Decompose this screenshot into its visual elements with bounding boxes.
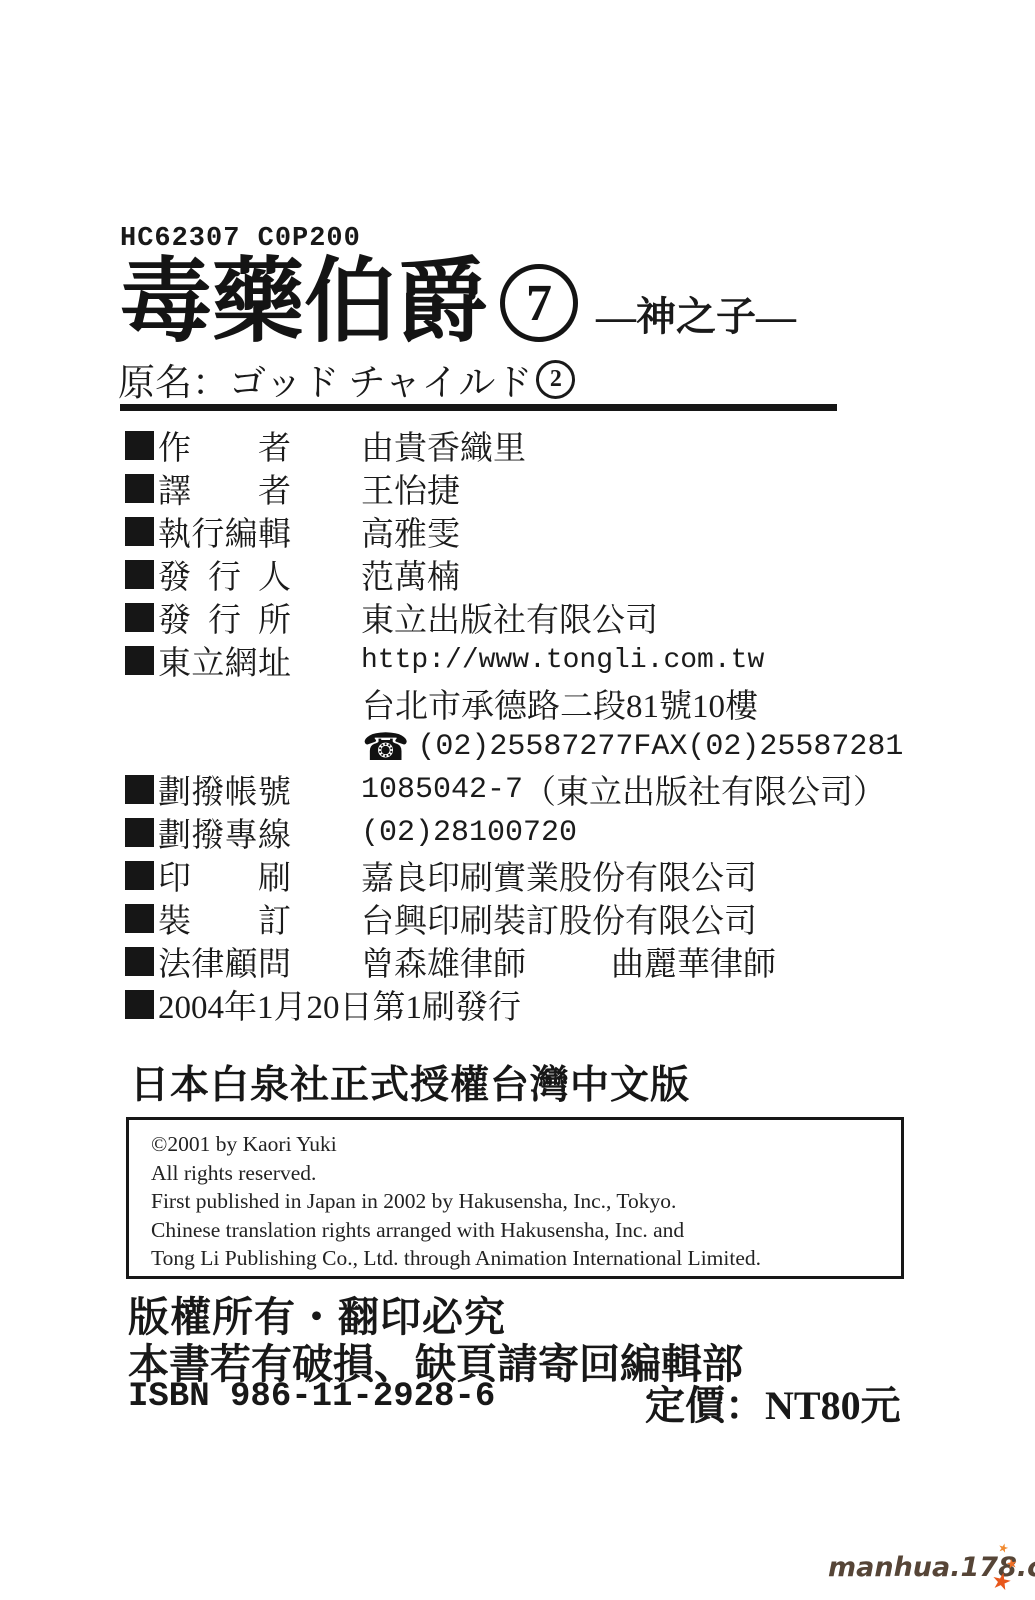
info-value: 由貴香織里 [361, 422, 526, 469]
book-title: 毒藥伯爵 [120, 256, 488, 348]
info-row-postal-hotline: 劃撥專線 (02)28100720 [125, 811, 1005, 854]
info-label: 東立網址 [158, 637, 291, 684]
telephone-icon: ☎ [362, 728, 409, 766]
product-code: HC62307 C0P200 [120, 224, 361, 254]
bullet-square-icon [125, 861, 154, 890]
info-row-printing: 印刷 嘉良印刷實業股份有限公司 [125, 854, 1005, 897]
info-row-publisher: 發行人 范萬楠 [125, 553, 1005, 596]
volume-number: 7 [526, 274, 552, 333]
info-row-address: 台北市承德路二段81號10樓 [125, 682, 1005, 725]
license-statement: 日本白泉社正式授權台灣中文版 [130, 1054, 690, 1110]
volume-circle-badge: 7 [500, 264, 578, 342]
info-row-phone-fax: ☎ (02)25587277 FAX(02)25587281 [125, 725, 1005, 768]
website-url: http://www.tongli.com.tw [361, 645, 764, 676]
publication-info-list: 作者 由貴香織里 譯者 王怡捷 執行編輯 高雅雯 發行人 范萬楠 發行所 東立出… [125, 424, 1005, 1026]
bullet-square-icon [125, 646, 154, 675]
info-label: 印刷 [158, 852, 291, 899]
bullet-square-icon [125, 517, 154, 546]
info-row-translator: 譯者 王怡捷 [125, 467, 1005, 510]
info-value: 台興印刷裝訂股份有限公司 [361, 895, 757, 942]
bullet-square-icon [125, 603, 154, 632]
publisher-address: 台北市承德路二段81號10樓 [362, 680, 758, 727]
copyright-line: All rights reserved. [151, 1159, 893, 1188]
info-label: 發行人 [158, 551, 291, 598]
price: 定價：NT80元 [645, 1374, 901, 1431]
copyright-box: ©2001 by Kaori Yuki All rights reserved.… [126, 1117, 904, 1279]
book-subtitle: —神之子— [596, 285, 796, 348]
original-volume-number: 2 [550, 366, 562, 393]
star-icon: ★ [989, 1569, 1014, 1596]
bullet-square-icon [125, 818, 154, 847]
horizontal-rule [120, 404, 837, 411]
info-label: 劃撥帳號 [158, 766, 291, 813]
info-value: 范萬楠 [361, 551, 460, 598]
info-row-executive-editor: 執行編輯 高雅雯 [125, 510, 1005, 553]
info-value: 東立出版社有限公司 [361, 594, 658, 641]
phone-number: (02)25587277 [417, 730, 633, 764]
postal-hotline-number: (02)28100720 [361, 816, 577, 850]
book-title-line: 毒藥伯爵 7 —神之子— [120, 256, 796, 348]
info-value: 王怡捷 [361, 465, 460, 512]
bullet-square-icon [125, 474, 154, 503]
fax-number: FAX(02)25587281 [633, 730, 903, 764]
info-row-legal-advisors: 法律顧問 曾森雄律師 曲麗華律師 [125, 940, 1005, 983]
copyright-line: Chinese translation rights arranged with… [151, 1216, 893, 1245]
bullet-square-icon [125, 947, 154, 976]
info-label: 執行編輯 [158, 508, 291, 555]
bullet-square-icon [125, 990, 154, 1019]
info-row-postal-account: 劃撥帳號 1085042-7 （東立出版社有限公司） [125, 768, 1005, 811]
isbn: ISBN 986-11-2928-6 [128, 1378, 495, 1416]
bullet-square-icon [125, 775, 154, 804]
bullet-square-icon [125, 560, 154, 589]
bullet-square-icon [125, 904, 154, 933]
copyright-line: First published in Japan in 2002 by Haku… [151, 1187, 893, 1216]
legal-advisor-2: 曲麗華律師 [611, 938, 776, 985]
original-title-line: 原名：ゴッド チャイルド 2 [118, 352, 575, 406]
info-label: 法律顧問 [158, 938, 291, 985]
info-label: 發行所 [158, 594, 291, 641]
colophon-page: HC62307 C0P200 毒藥伯爵 7 —神之子— 原名：ゴッド チャイルド… [0, 0, 1035, 1600]
info-value: 嘉良印刷實業股份有限公司 [361, 852, 757, 899]
original-volume-circle-badge: 2 [536, 360, 575, 399]
copyright-line: Tong Li Publishing Co., Ltd. through Ani… [151, 1244, 893, 1273]
copyright-line: ©2001 by Kaori Yuki [151, 1130, 893, 1159]
bullet-square-icon [125, 431, 154, 460]
info-label: 劃撥專線 [158, 809, 291, 856]
info-label: 裝訂 [158, 895, 291, 942]
postal-account-holder: （東立出版社有限公司） [523, 766, 886, 813]
info-row-website: 東立網址 http://www.tongli.com.tw [125, 639, 1005, 682]
print-date: 2004年1月20日第1刷發行 [158, 981, 521, 1028]
info-row-publishing-house: 發行所 東立出版社有限公司 [125, 596, 1005, 639]
legal-advisor-1: 曾森雄律師 [361, 938, 526, 985]
postal-account-number: 1085042-7 [361, 773, 523, 807]
info-value: 高雅雯 [361, 508, 460, 555]
info-label: 作者 [158, 422, 291, 469]
info-row-author: 作者 由貴香織里 [125, 424, 1005, 467]
info-row-print-date: 2004年1月20日第1刷發行 [125, 983, 1005, 1026]
original-title-text: 原名：ゴッド チャイルド [118, 352, 532, 406]
info-row-binding: 裝訂 台興印刷裝訂股份有限公司 [125, 897, 1005, 940]
info-label: 譯者 [158, 465, 291, 512]
